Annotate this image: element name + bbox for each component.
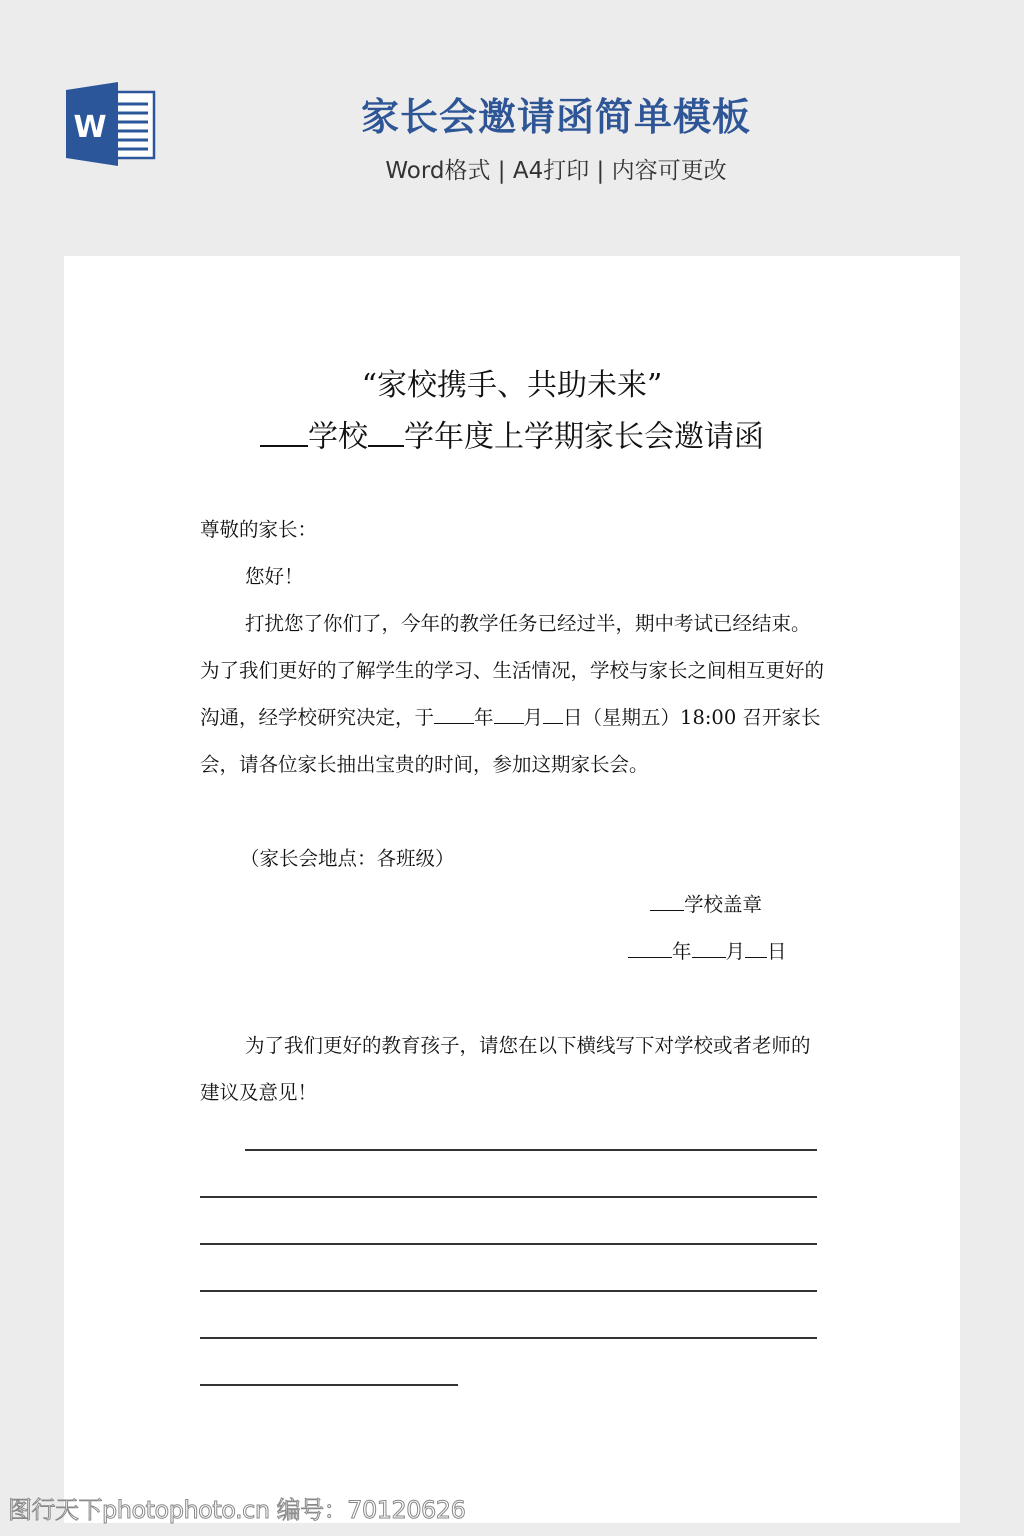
feedback-line-5[interactable]	[200, 1337, 817, 1339]
watermark: 图行天下photophoto.cn 编号：70120626	[8, 1490, 465, 1525]
meeting-day-blank	[543, 705, 563, 724]
header: W 家长会邀请函简单模板 Word格式 | A4打印 | 内容可更改	[0, 0, 1024, 256]
sig-year-label: 年	[672, 940, 692, 963]
sig-day-label: 日	[767, 940, 787, 963]
seal-label: 学校盖章	[684, 893, 762, 916]
feedback-line-4[interactable]	[200, 1290, 817, 1292]
body-paragraph: 打扰您了你们了，今年的教学任务已经过半，期中考试已经结束。为了我们更好的了解学生…	[200, 600, 826, 788]
year-blank	[368, 416, 404, 447]
signature-date: 年月日	[628, 937, 787, 967]
page-subtitle: Word格式 | A4打印 | 内容可更改	[300, 154, 812, 188]
sig-day-blank	[745, 939, 767, 958]
document-title-line2: 学校学年度上学期家长会邀请函	[0, 416, 1024, 458]
page-title: 家长会邀请函简单模板	[300, 92, 812, 142]
feedback-line-1[interactable]	[245, 1149, 817, 1151]
meeting-year-blank	[434, 705, 474, 724]
greeting: 您好！	[200, 553, 826, 600]
title-rest-text: 学年度上学期家长会邀请函	[404, 420, 764, 455]
sig-month-label: 月	[726, 940, 746, 963]
meeting-month-blank	[494, 705, 524, 724]
feedback-line-6[interactable]	[200, 1384, 458, 1386]
svg-text:W: W	[73, 110, 106, 145]
school-seal-line: 学校盖章	[650, 890, 762, 920]
feedback-line-2[interactable]	[200, 1196, 817, 1198]
sig-month-blank	[692, 939, 726, 958]
month-label: 月	[524, 706, 544, 729]
title-school-text: 学校	[308, 420, 368, 455]
school-name-blank	[260, 416, 308, 447]
sig-year-blank	[628, 939, 672, 958]
year-label: 年	[474, 706, 494, 729]
seal-school-blank	[650, 892, 684, 911]
salutation: 尊敬的家长：	[200, 506, 826, 553]
document-title-line1: “家校携手、共助未来”	[0, 366, 1024, 406]
feedback-line-3[interactable]	[200, 1243, 817, 1245]
feedback-prompt: 为了我们更好的教育孩子，请您在以下横线写下对学校或者老师的建议及意见！	[200, 1022, 826, 1116]
word-document-icon: W	[64, 82, 156, 166]
meeting-location: （家长会地点：各班级）	[200, 835, 826, 882]
